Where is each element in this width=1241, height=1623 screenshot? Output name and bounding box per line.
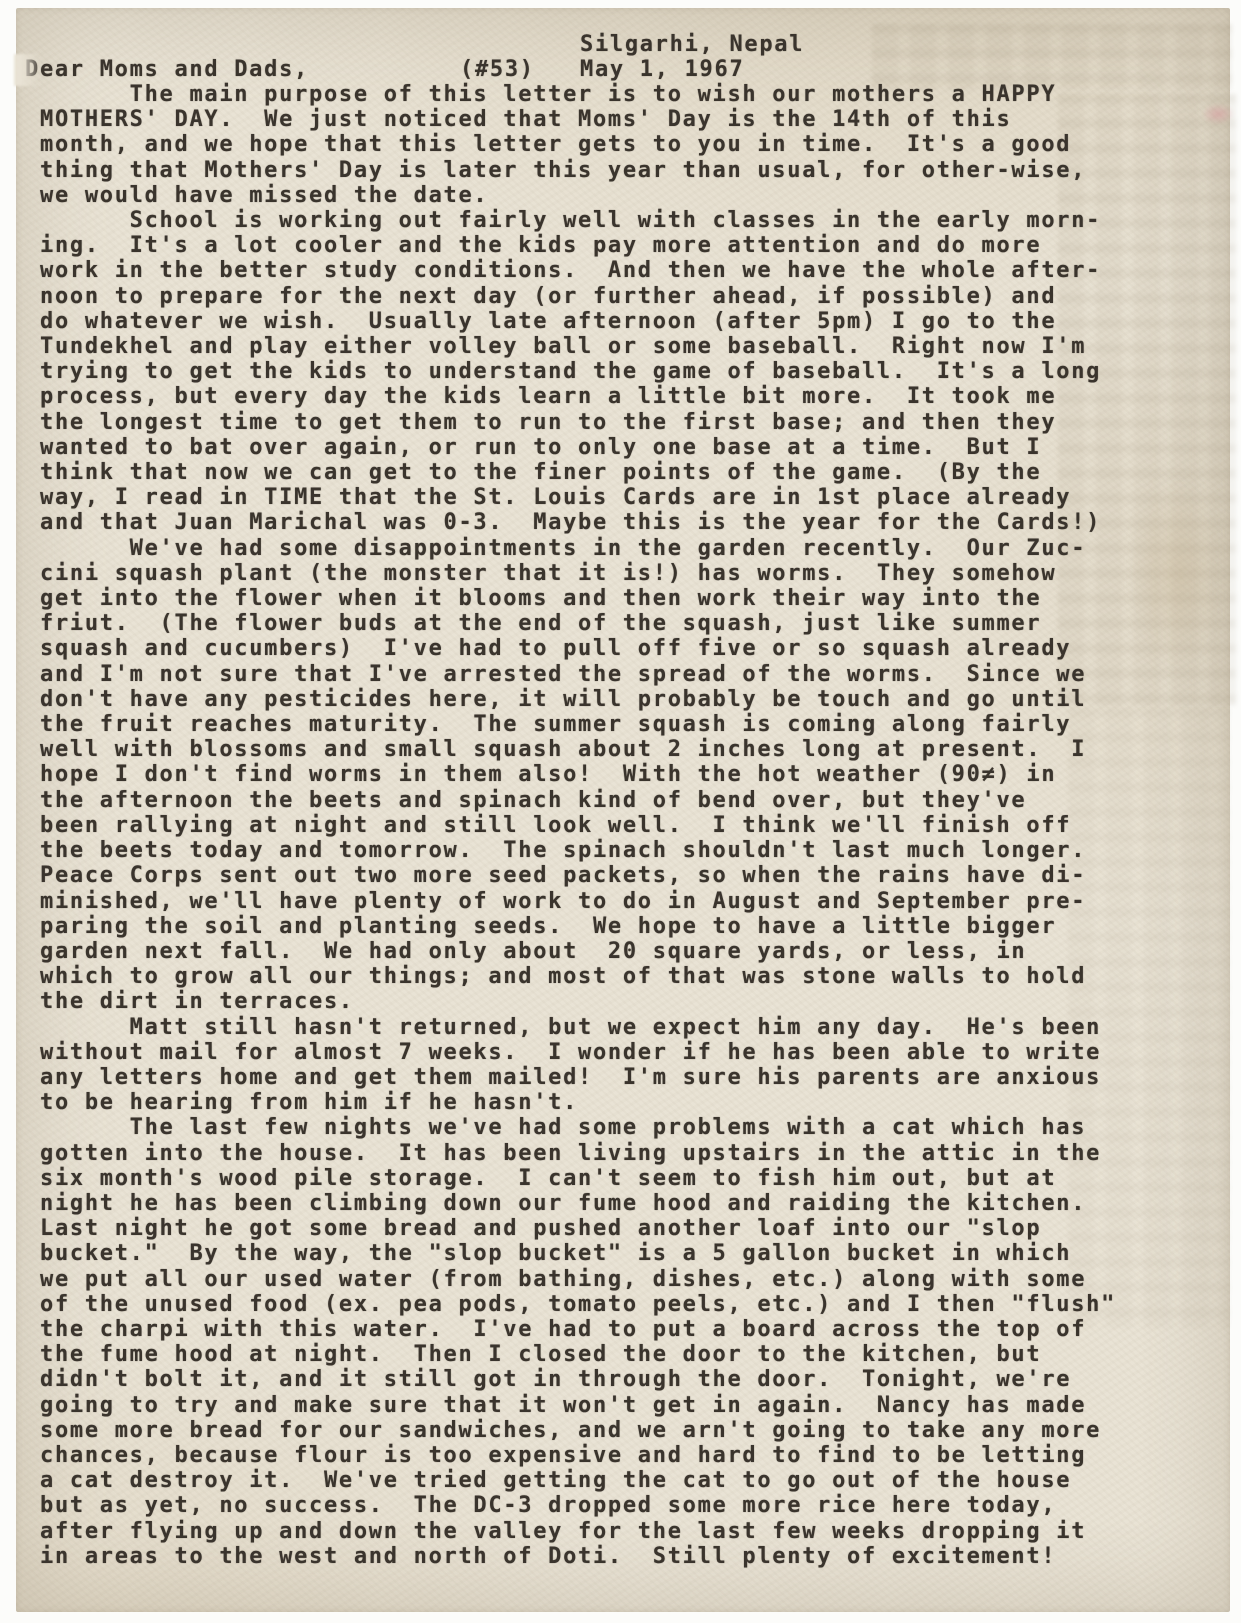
letter-salutation: Dear Moms and Dads,	[25, 57, 309, 82]
letter-date: May 1, 1967	[580, 57, 744, 82]
letter-scan-page: { "theme": { "paper": "#e9e3d5", "ink": …	[0, 0, 1241, 1623]
typewritten-text-layer: Silgarhi, Nepal Dear Moms and Dads, (#53…	[0, 0, 1241, 1623]
left-edge-scan-fade	[14, 54, 42, 86]
letter-location: Silgarhi, Nepal	[580, 32, 804, 57]
letter-body: The main purpose of this letter is to wi…	[40, 82, 1116, 1569]
letter-number: (#53)	[460, 57, 535, 82]
